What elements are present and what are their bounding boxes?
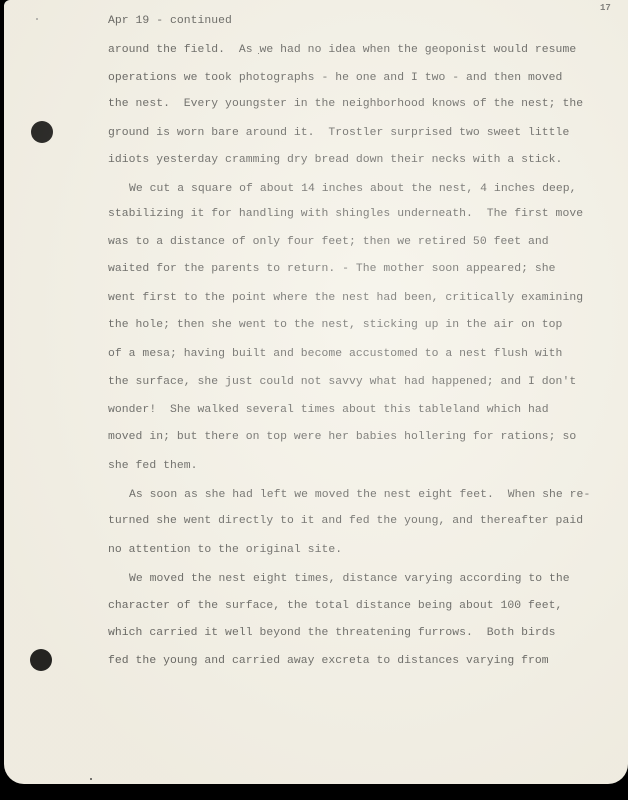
text-line: moved in; but there on top were her babi… xyxy=(108,430,576,444)
text-line: she fed them. xyxy=(108,459,198,473)
typed-text-body: Apr 19 - continued around the field. As … xyxy=(108,0,136,60)
text-line: We moved the nest eight times, distance … xyxy=(129,572,570,586)
text-line: was to a distance of only four feet; the… xyxy=(108,235,549,249)
text-line: which carried it well beyond the threate… xyxy=(108,626,556,640)
text-line: As soon as she had left we moved the nes… xyxy=(129,488,590,502)
typewritten-page: 17 Apr 19 - continued around the field. … xyxy=(4,0,628,784)
text-line: character of the surface, the total dist… xyxy=(108,599,562,613)
text-line: fed the young and carried away excreta t… xyxy=(108,654,549,668)
text-line: idiots yesterday cramming dry bread down… xyxy=(108,153,562,167)
text-line: wonder! She walked several times about t… xyxy=(108,403,549,417)
binder-hole-bottom xyxy=(30,649,52,671)
paper-speck xyxy=(90,778,92,780)
text-line: operations we took photographs - he one … xyxy=(108,71,562,85)
text-line: waited for the parents to return. - The … xyxy=(108,262,556,276)
text-line: the hole; then she went to the nest, sti… xyxy=(108,318,562,332)
text-line: stabilizing it for handling with shingle… xyxy=(108,207,583,221)
paper-speck xyxy=(36,18,38,20)
binder-hole-top xyxy=(31,121,53,143)
text-line: turned she went directly to it and fed t… xyxy=(108,514,583,528)
text-line: no attention to the original site. xyxy=(108,543,342,557)
page-heading: Apr 19 - continued xyxy=(108,14,232,28)
text-line: of a mesa; having built and become accus… xyxy=(108,347,562,361)
text-line: the nest. Every youngster in the neighbo… xyxy=(108,97,583,111)
text-line: the surface, she just could not savvy wh… xyxy=(108,375,576,389)
text-line: around the field. As we had no idea when… xyxy=(108,43,576,57)
page-number: 17 xyxy=(600,3,611,13)
text-line: ground is worn bare around it. Trostler … xyxy=(108,126,569,140)
text-line: went first to the point where the nest h… xyxy=(108,291,583,305)
text-line: We cut a square of about 14 inches about… xyxy=(129,182,577,196)
